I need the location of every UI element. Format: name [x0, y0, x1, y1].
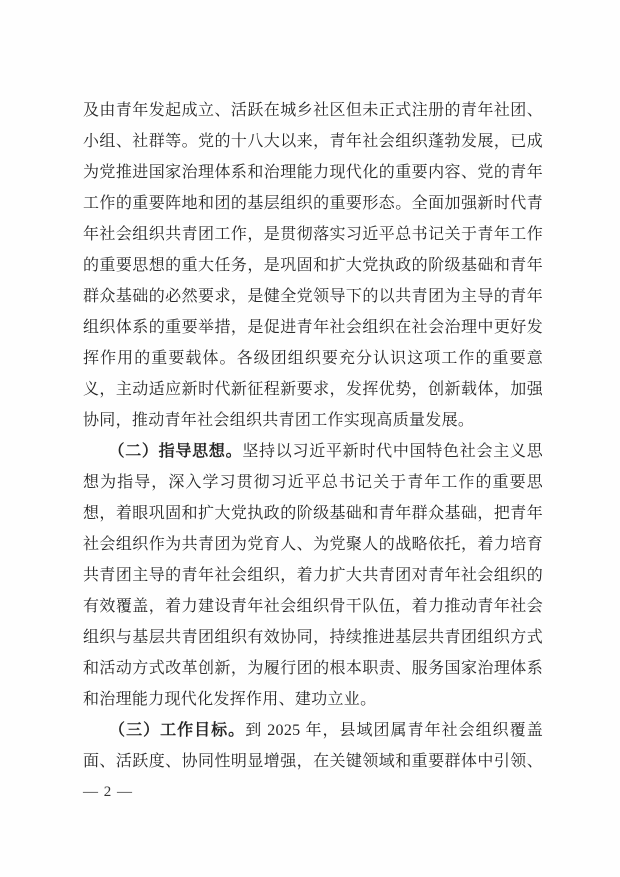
text-run: 年社会组织共青团工作，是贯彻落实习近平总书记关于青年工作: [83, 226, 543, 243]
text-run: 组织体系的重要举措，是促进青年社会组织在社会治理中更好发: [83, 319, 543, 336]
section-heading-run: （三）工作目标。: [117, 722, 245, 739]
text-run: 和治理能力现代化发挥作用、建功立业。: [83, 691, 376, 708]
text-run: 义，主动适应新时代新征程新要求，发挥优势，创新载体，加强: [83, 381, 543, 398]
text-run: 群众基础的必然要求，是健全党领导下的以共青团为主导的青年: [83, 288, 543, 305]
text-run: 坚持以习近平新时代中国特色社会主义思: [242, 443, 543, 460]
text-run: 为党推进国家治理体系和治理能力现代化的重要内容、党的青年: [83, 164, 543, 181]
text-run: 想为指导，深入学习贯彻习近平总书记关于青年工作的重要思: [83, 474, 543, 491]
text-line: 面、活跃度、协同性明显增强，在关键领域和重要群体中引领、: [83, 746, 543, 777]
text-run: 和活动方式改革创新，为履行团的根本职责、服务国家治理体系: [83, 660, 543, 677]
text-run: 社会组织作为共青团为党育人、为党聚人的战略依托，着力培育: [83, 536, 543, 553]
text-line: 群众基础的必然要求，是健全党领导下的以共青团为主导的青年: [83, 281, 543, 312]
text-line: 挥作用的重要载体。各级团组织要充分认识这项工作的重要意: [83, 343, 543, 374]
text-run: 的重要思想的重大任务，是巩固和扩大党执政的阶级基础和青年: [83, 257, 543, 274]
document-page: 及由青年发起成立、活跃在城乡社区但未正式注册的青年社团、小组、社群等。党的十八大…: [0, 0, 620, 877]
text-line: 和治理能力现代化发挥作用、建功立业。: [83, 684, 543, 715]
paragraph-work-goals: （三）工作目标。到 2025 年，县域团属青年社会组织覆盖面、活跃度、协同性明显…: [83, 715, 543, 777]
text-run: [83, 443, 116, 460]
section-heading-run: （二）指导思想。: [116, 443, 242, 460]
page-number: — 2 —: [83, 782, 133, 802]
paragraph-continuation-overall-requirements: 及由青年发起成立、活跃在城乡社区但未正式注册的青年社团、小组、社群等。党的十八大…: [83, 95, 543, 436]
text-run: 到 2025 年，县域团属青年社会组织覆盖: [245, 722, 543, 739]
text-run: 共青团主导的青年社会组织，着力扩大共青团对青年社会组织的: [83, 567, 543, 584]
text-line: 社会组织作为共青团为党育人、为党聚人的战略依托，着力培育: [83, 529, 543, 560]
document-body: 及由青年发起成立、活跃在城乡社区但未正式注册的青年社团、小组、社群等。党的十八大…: [83, 95, 543, 777]
text-line: 和活动方式改革创新，为履行团的根本职责、服务国家治理体系: [83, 653, 543, 684]
text-line: 组织体系的重要举措，是促进青年社会组织在社会治理中更好发: [83, 312, 543, 343]
text-run: 组织与基层共青团组织有效协同，持续推进基层共青团组织方式: [83, 629, 543, 646]
text-run: 协同，推动青年社会组织共青团工作实现高质量发展。: [83, 412, 474, 429]
text-run: 及由青年发起成立、活跃在城乡社区但未正式注册的青年社团、: [83, 102, 543, 119]
text-line: 协同，推动青年社会组织共青团工作实现高质量发展。: [83, 405, 543, 436]
text-run: [83, 722, 117, 739]
text-line: 年社会组织共青团工作，是贯彻落实习近平总书记关于青年工作: [83, 219, 543, 250]
text-line: 有效覆盖，着力建设青年社会组织骨干队伍，着力推动青年社会: [83, 591, 543, 622]
text-line: 为党推进国家治理体系和治理能力现代化的重要内容、党的青年: [83, 157, 543, 188]
text-run: 工作的重要阵地和团的基层组织的重要形态。全面加强新时代青: [83, 195, 543, 212]
text-run: 面、活跃度、协同性明显增强，在关键领域和重要群体中引领、: [83, 753, 543, 770]
text-line: 共青团主导的青年社会组织，着力扩大共青团对青年社会组织的: [83, 560, 543, 591]
text-line: 想为指导，深入学习贯彻习近平总书记关于青年工作的重要思: [83, 467, 543, 498]
paragraph-guiding-ideology: （二）指导思想。坚持以习近平新时代中国特色社会主义思想为指导，深入学习贯彻习近平…: [83, 436, 543, 715]
text-line: 小组、社群等。党的十八大以来，青年社会组织蓬勃发展，已成: [83, 126, 543, 157]
text-line: （三）工作目标。到 2025 年，县域团属青年社会组织覆盖: [83, 715, 543, 746]
text-line: 义，主动适应新时代新征程新要求，发挥优势，创新载体，加强: [83, 374, 543, 405]
text-run: 挥作用的重要载体。各级团组织要充分认识这项工作的重要意: [83, 350, 543, 367]
text-run: 想，着眼巩固和扩大党执政的阶级基础和青年群众基础，把青年: [83, 505, 543, 522]
text-run: 有效覆盖，着力建设青年社会组织骨干队伍，着力推动青年社会: [83, 598, 543, 615]
text-line: 组织与基层共青团组织有效协同，持续推进基层共青团组织方式: [83, 622, 543, 653]
text-line: 想，着眼巩固和扩大党执政的阶级基础和青年群众基础，把青年: [83, 498, 543, 529]
text-line: 工作的重要阵地和团的基层组织的重要形态。全面加强新时代青: [83, 188, 543, 219]
text-run: 小组、社群等。党的十八大以来，青年社会组织蓬勃发展，已成: [83, 133, 543, 150]
text-line: （二）指导思想。坚持以习近平新时代中国特色社会主义思: [83, 436, 543, 467]
text-line: 的重要思想的重大任务，是巩固和扩大党执政的阶级基础和青年: [83, 250, 543, 281]
text-line: 及由青年发起成立、活跃在城乡社区但未正式注册的青年社团、: [83, 95, 543, 126]
